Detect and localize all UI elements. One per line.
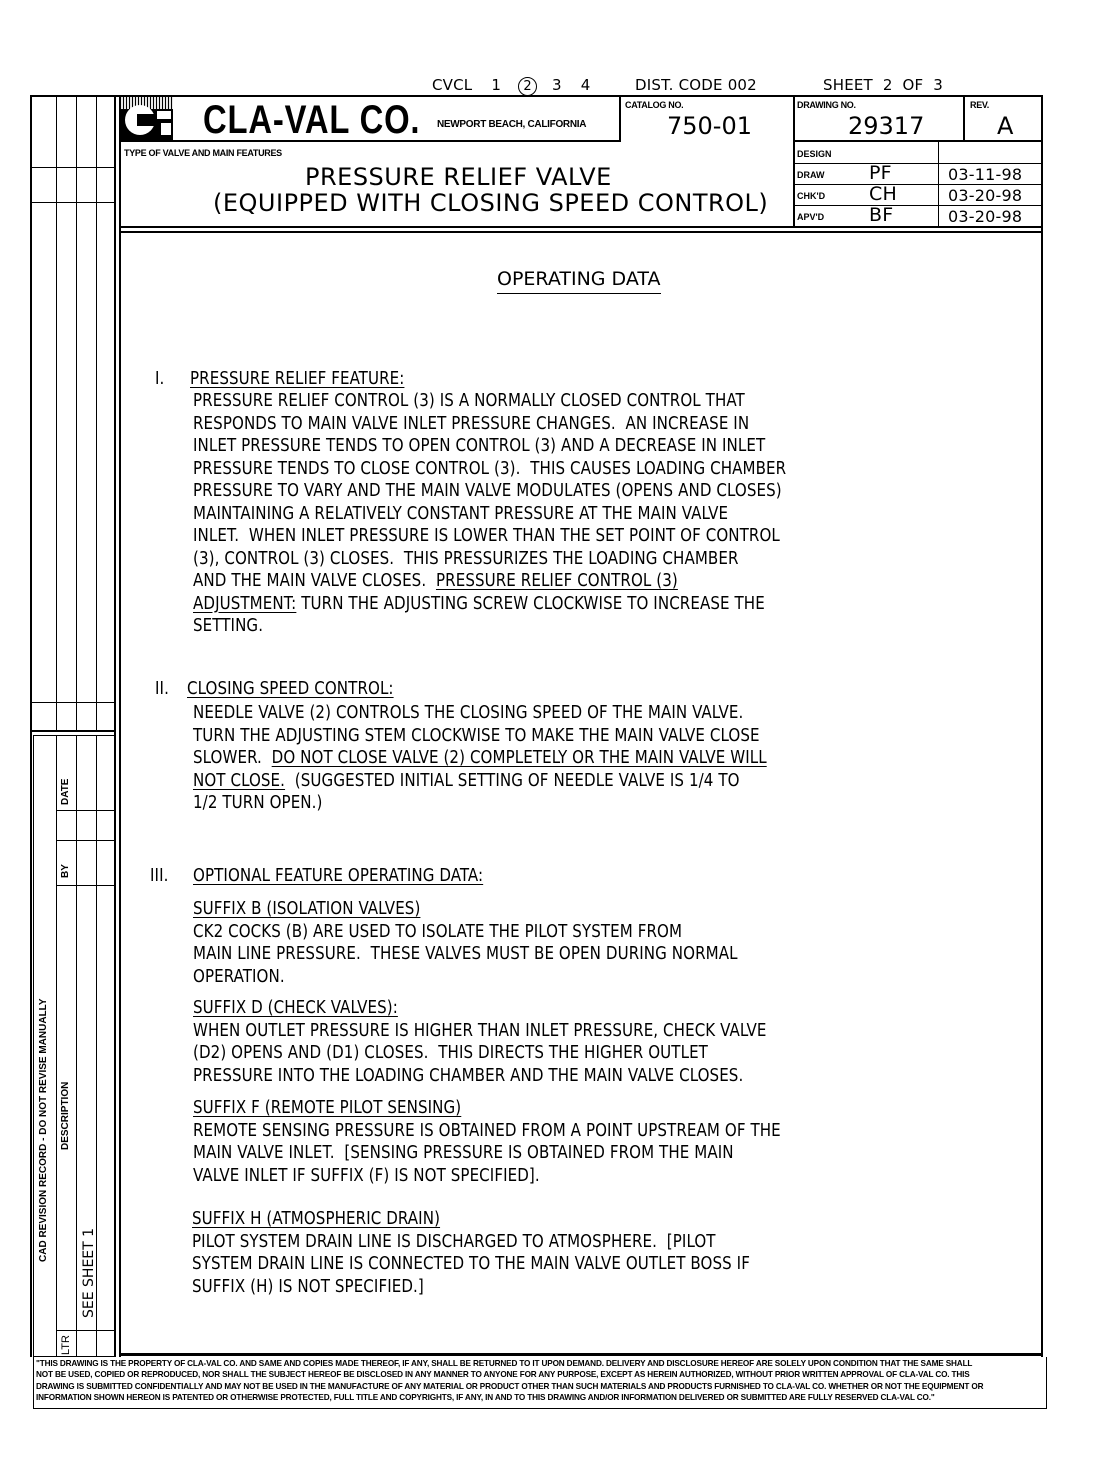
margin-row: [30, 702, 116, 703]
cvcl-option-4: 4: [581, 76, 591, 94]
revision-record-title: CAD REVISION RECORD - DO NOT REVISE MANU…: [38, 998, 49, 1262]
cvcl-label: CVCL: [432, 76, 472, 94]
text-line: ADJUSTMENT: TURN THE ADJUSTING SCREW CLO…: [193, 593, 786, 616]
text-line: MAIN LINE PRESSURE. THESE VALVES MUST BE…: [193, 943, 738, 966]
frame-bottom: [119, 1353, 1043, 1356]
text-line: SUFFIX (H) IS NOT SPECIFIED.]: [192, 1276, 750, 1299]
content-frame-top: [119, 231, 1043, 233]
adjustment-heading-cont: ADJUSTMENT:: [193, 593, 296, 614]
tb-line: [793, 140, 1043, 142]
suffix-b: SUFFIX B (ISOLATION VALVES) CK2 COCKS (B…: [193, 898, 779, 988]
document-heading: OPERATING DATA: [497, 268, 661, 294]
notice-line: NOT BE USED, COPIED OR REPRODUCED, NOR S…: [36, 1369, 1046, 1380]
section-2-body: NEEDLE VALVE (2) CONTROLS THE CLOSING SP…: [193, 702, 810, 815]
margin-divider: [119, 95, 121, 1357]
suffix-h: SUFFIX H (ATMOSPHERIC DRAIN) PILOT SYSTE…: [192, 1208, 792, 1298]
text-line: REMOTE SENSING PRESSURE IS OBTAINED FROM…: [193, 1120, 781, 1143]
signoff-checked-label: CHK'D: [797, 191, 825, 201]
text-line: PRESSURE TENDS TO CLOSE CONTROL (3). THI…: [193, 458, 786, 481]
frame-right: [1041, 95, 1043, 1357]
tb-line: [963, 95, 965, 141]
text-line: TURN THE ADJUSTING STEM CLOCKWISE TO MAK…: [193, 725, 767, 748]
text-line: PILOT SYSTEM DRAIN LINE IS DISCHARGED TO…: [192, 1231, 750, 1254]
text-line: NEEDLE VALVE (2) CONTROLS THE CLOSING SP…: [193, 702, 767, 725]
margin-divider: [56, 95, 57, 732]
frame-left: [30, 95, 32, 1357]
text-line: (3), CONTROL (3) CLOSES. THIS PRESSURIZE…: [193, 548, 786, 571]
text-line: INLET. WHEN INLET PRESSURE IS LOWER THAN…: [193, 525, 786, 548]
text-line: MAINTAINING A RELATIVELY CONSTANT PRESSU…: [193, 503, 786, 526]
type-label: TYPE OF VALVE AND MAIN FEATURES: [124, 148, 282, 158]
suffix-title: SUFFIX D (CHECK VALVES):: [193, 997, 767, 1020]
signoff-draw-label: DRAW: [797, 170, 825, 180]
cvcl-option-1: 1: [491, 76, 501, 94]
sheet-number: SHEET 2 OF 3: [823, 76, 943, 94]
text-line: PRESSURE INTO THE LOADING CHAMBER AND TH…: [193, 1065, 767, 1088]
text-line: OPERATION.: [193, 966, 738, 989]
text-span: (SUGGESTED INITIAL SETTING OF NEEDLE VAL…: [285, 770, 740, 791]
rev-row-line: [56, 810, 116, 811]
rev-col-date: DATE: [60, 779, 71, 805]
catalog-label: CATALOG NO.: [625, 100, 683, 110]
title-line-1: PRESSURE RELIEF VALVE: [305, 163, 612, 191]
text-line: SETTING.: [193, 615, 786, 638]
catalog-number: 750-01: [667, 112, 752, 140]
section-1-numeral: I.: [155, 368, 164, 391]
text-line: NOT CLOSE. (SUGGESTED INITIAL SETTING OF…: [193, 770, 767, 793]
signoff-draw-initials: PF: [869, 162, 892, 184]
text-line: CK2 COCKS (B) ARE USED TO ISOLATE THE PI…: [193, 921, 738, 944]
rev-row-line: [56, 885, 116, 886]
notice-line: DRAWING IS SUBMITTED CONFIDENTIALLY AND …: [36, 1381, 1046, 1392]
text-line: 1/2 TURN OPEN.): [193, 792, 767, 815]
rev-col-ltr: LTR: [60, 1335, 72, 1355]
text-line: SYSTEM DRAIN LINE IS CONNECTED TO THE MA…: [192, 1253, 750, 1276]
tb-line: [793, 95, 795, 228]
suffix-f: SUFFIX F (REMOTE PILOT SENSING) REMOTE S…: [193, 1097, 825, 1187]
section-1-body: PRESSURE RELIEF CONTROL (3) IS A NORMALL…: [193, 390, 831, 638]
rev-entry-description: SEE SHEET 1: [81, 1228, 97, 1318]
signoff-approved-initials: BF: [869, 204, 893, 226]
company-location: NEWPORT BEACH, CALIFORNIA: [437, 119, 586, 130]
adjustment-heading: PRESSURE RELIEF CONTROL (3): [436, 570, 678, 591]
margin-row: [30, 730, 116, 732]
drawing-label: DRAWING NO.: [797, 100, 856, 110]
logo-g-stem: [161, 123, 171, 135]
margin-divider: [76, 95, 77, 732]
notice-line: "THIS DRAWING IS THE PROPERTY OF CLA-VAL…: [36, 1358, 1046, 1369]
rev-value: A: [997, 112, 1013, 140]
tb-line: [793, 163, 1043, 164]
section-2-numeral: II.: [155, 678, 169, 701]
signoff-checked-date: 03-20-98: [948, 186, 1022, 205]
text-span: SLOWER.: [193, 747, 272, 768]
cvcl-option-2-circled: 2: [518, 77, 537, 96]
rev-label: REV.: [970, 100, 989, 110]
cvcl-option-3: 3: [552, 76, 562, 94]
title-line-2: (EQUIPPED WITH CLOSING SPEED CONTROL): [213, 189, 768, 217]
drawing-number: 29317: [848, 112, 924, 140]
text-line: (D2) OPENS AND (D1) CLOSES. THIS DIRECTS…: [193, 1042, 767, 1065]
text-span: AND THE MAIN VALVE CLOSES.: [193, 570, 436, 591]
text-line: PRESSURE TO VARY AND THE MAIN VALVE MODU…: [193, 480, 786, 503]
text-line: SLOWER. DO NOT CLOSE VALVE (2) COMPLETEL…: [193, 747, 767, 770]
rev-col-line: [76, 735, 77, 1357]
tb-line: [793, 205, 1043, 206]
signoff-approved-date: 03-20-98: [948, 207, 1022, 226]
signoff-approved-label: APV'D: [797, 212, 824, 222]
tb-line: [793, 184, 1043, 185]
logo-c-cut: [137, 114, 157, 126]
suffix-title: SUFFIX B (ISOLATION VALVES): [193, 898, 738, 921]
text-span: TURN THE ADJUSTING SCREW CLOCKWISE TO IN…: [296, 593, 764, 614]
proprietary-notice: "THIS DRAWING IS THE PROPERTY OF CLA-VAL…: [33, 1357, 1047, 1409]
company-name: CLA-VAL CO.: [203, 98, 420, 143]
rev-col-by: BY: [60, 864, 71, 878]
tb-bottom: [119, 226, 1043, 228]
suffix-title: SUFFIX H (ATMOSPHERIC DRAIN): [192, 1208, 750, 1231]
margin-divider: [96, 95, 97, 732]
cvcl-selector: CVCL 1 2 3 4: [432, 76, 591, 96]
suffix-d: SUFFIX D (CHECK VALVES): WHEN OUTLET PRE…: [193, 997, 810, 1087]
section-2-title: CLOSING SPEED CONTROL:: [187, 678, 394, 701]
text-line: RESPONDS TO MAIN VALVE INLET PRESSURE CH…: [193, 413, 786, 436]
rev-col-description: DESCRIPTION: [60, 1082, 71, 1150]
signoff-checked-initials: CH: [869, 183, 897, 205]
warning-text-cont: NOT CLOSE.: [193, 770, 285, 791]
text-line: PRESSURE RELIEF CONTROL (3) IS A NORMALL…: [193, 390, 786, 413]
signoff-design-label: DESIGN: [797, 149, 832, 159]
rev-row-line: [56, 1330, 116, 1331]
margin-row: [30, 167, 116, 168]
text-line: INLET PRESSURE TENDS TO OPEN CONTROL (3)…: [193, 435, 786, 458]
frame-top: [30, 95, 1042, 97]
logo-g-bar: [157, 111, 171, 119]
cla-val-logo: [121, 97, 173, 140]
text-line: WHEN OUTLET PRESSURE IS HIGHER THAN INLE…: [193, 1020, 767, 1043]
notice-line: INFORMATION SHOWN HEREON IS PATENTED OR …: [36, 1392, 1046, 1403]
margin-row: [30, 202, 116, 203]
suffix-title: SUFFIX F (REMOTE PILOT SENSING): [193, 1097, 781, 1120]
signoff-draw-date: 03-11-98: [948, 165, 1022, 184]
text-line: MAIN VALVE INLET. [SENSING PRESSURE IS O…: [193, 1142, 781, 1165]
rev-row-line: [56, 840, 116, 841]
section-3-title: OPTIONAL FEATURE OPERATING DATA:: [193, 865, 483, 888]
text-line: AND THE MAIN VALVE CLOSES. PRESSURE RELI…: [193, 570, 786, 593]
tb-line: [619, 95, 621, 142]
warning-text: DO NOT CLOSE VALVE (2) COMPLETELY OR THE…: [272, 747, 767, 768]
dist-code: DIST. CODE 002: [635, 76, 757, 94]
text-line: VALVE INLET IF SUFFIX (F) IS NOT SPECIFI…: [193, 1165, 781, 1188]
section-3-numeral: III.: [150, 865, 168, 888]
rev-col-line: [56, 735, 57, 1357]
section-1-title: PRESSURE RELIEF FEATURE:: [190, 368, 404, 391]
